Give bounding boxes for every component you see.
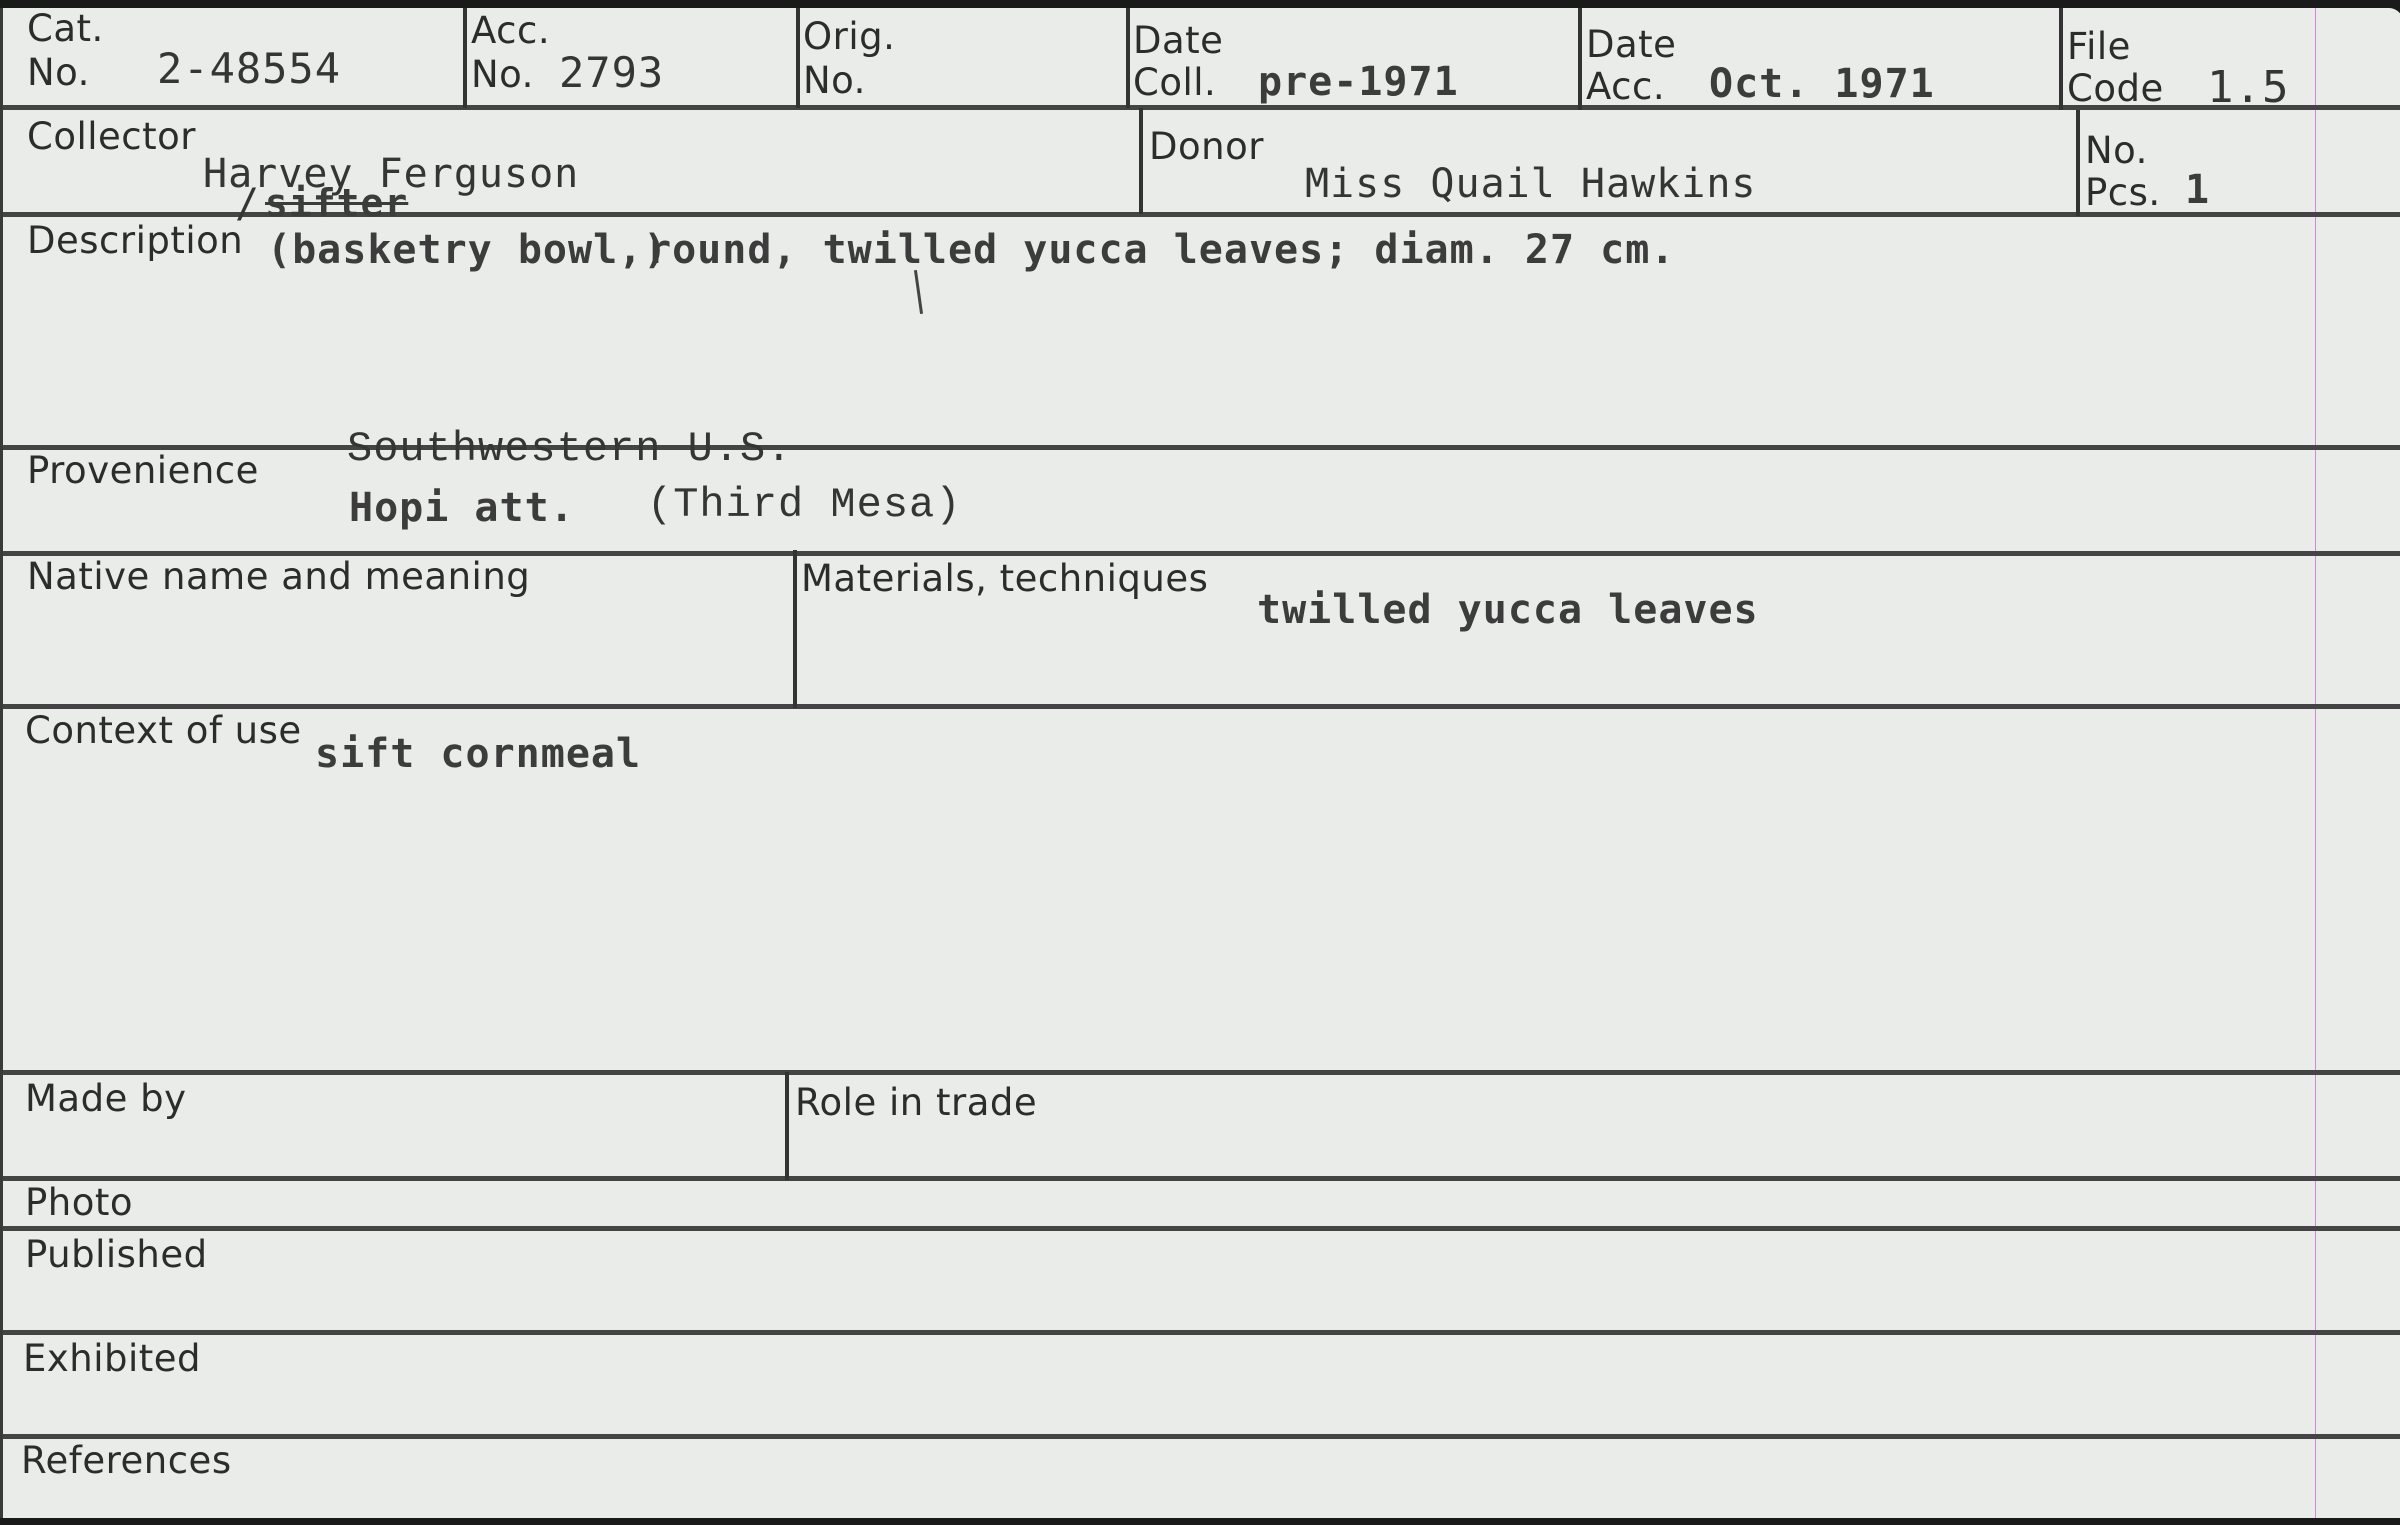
materials-value: twilled yucca leaves bbox=[1257, 590, 1759, 630]
rule-exhibited bbox=[3, 1434, 2400, 1439]
date-accessioned-label-1: Date bbox=[1586, 26, 1676, 63]
divider-madeby-role bbox=[785, 1072, 789, 1180]
divider-datecoll-dateacc bbox=[1578, 8, 1582, 110]
rule-photo bbox=[3, 1226, 2400, 1231]
divider-acc-orig bbox=[796, 8, 800, 108]
margin-line bbox=[2315, 8, 2316, 1518]
collector-label: Collector bbox=[27, 118, 196, 155]
catalog-no-value: 2-48554 bbox=[157, 48, 341, 90]
file-code-label-2: Code bbox=[2067, 70, 2164, 107]
rule-top-row bbox=[3, 105, 2400, 110]
date-collected-label-2: Coll. bbox=[1133, 64, 1216, 101]
catalog-no-label-1: Cat. bbox=[27, 10, 104, 47]
description-value-part2: round, twilled yucca leaves; diam. 27 cm… bbox=[647, 230, 1675, 270]
references-label: References bbox=[21, 1442, 232, 1479]
accession-no-value: 2793 bbox=[559, 52, 664, 94]
exhibited-label: Exhibited bbox=[23, 1340, 201, 1377]
divider-native-materials bbox=[793, 550, 797, 708]
divider-orig-datecoll bbox=[1126, 8, 1130, 108]
date-accessioned-label-2: Acc. bbox=[1586, 68, 1665, 105]
materials-label: Materials, techniques bbox=[801, 560, 1208, 597]
provenience-line1: Southwestern U.S. bbox=[347, 428, 792, 470]
catalog-card: Cat. No. 2-48554 Acc. No. 2793 Orig. No.… bbox=[0, 8, 2400, 1518]
donor-value: Miss Quail Hawkins bbox=[1305, 164, 1756, 204]
published-label: Published bbox=[25, 1236, 208, 1273]
divider-donor-pieces bbox=[2076, 110, 2080, 216]
description-label: Description bbox=[27, 222, 243, 259]
provenience-line2-typed: Hopi att. bbox=[349, 488, 575, 528]
file-code-label-1: File bbox=[2067, 28, 2131, 65]
collector-struck-text: sifter bbox=[265, 184, 408, 222]
original-no-label-2: No. bbox=[803, 62, 866, 99]
divider-dateacc-filecode bbox=[2059, 8, 2063, 110]
date-collected-value: pre-1971 bbox=[1258, 62, 1459, 102]
provenience-label: Provenience bbox=[27, 452, 259, 489]
description-value-part1: (basketry bowl,) bbox=[267, 230, 668, 270]
rule-native-materials bbox=[3, 704, 2400, 709]
made-by-label: Made by bbox=[25, 1080, 187, 1117]
divider-cat-acc bbox=[463, 8, 467, 108]
rule-published bbox=[3, 1330, 2400, 1335]
divider-collector-donor bbox=[1139, 108, 1143, 214]
context-of-use-label: Context of use bbox=[25, 712, 302, 749]
native-name-label: Native name and meaning bbox=[27, 558, 530, 595]
date-accessioned-value: Oct. 1971 bbox=[1709, 64, 1935, 104]
pieces-label-2: Pcs. bbox=[2085, 174, 2161, 211]
collector-slash: / bbox=[235, 184, 260, 224]
rule-made-by bbox=[3, 1176, 2400, 1181]
pieces-label-1: No. bbox=[2085, 132, 2148, 169]
donor-label: Donor bbox=[1149, 128, 1264, 165]
photo-label: Photo bbox=[25, 1184, 133, 1221]
insertion-caret-mark bbox=[914, 270, 923, 314]
date-collected-label-1: Date bbox=[1133, 22, 1223, 59]
accession-no-label-2: No. bbox=[471, 56, 534, 93]
provenience-line2-note: (Third Mesa) bbox=[647, 484, 961, 526]
file-code-value: 1.5 bbox=[2207, 66, 2289, 110]
catalog-no-label-2: No. bbox=[27, 54, 90, 91]
role-in-trade-label: Role in trade bbox=[795, 1084, 1037, 1121]
original-no-label-1: Orig. bbox=[803, 18, 895, 55]
accession-no-label-1: Acc. bbox=[471, 12, 550, 49]
pieces-value: 1 bbox=[2185, 170, 2210, 210]
context-of-use-value: sift cornmeal bbox=[315, 734, 641, 774]
rule-context bbox=[3, 1070, 2400, 1075]
